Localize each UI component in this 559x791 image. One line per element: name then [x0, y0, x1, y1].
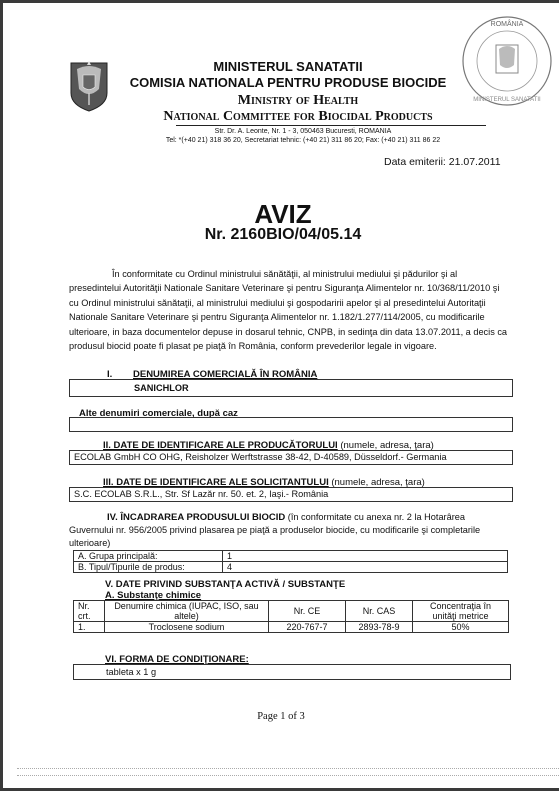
main-group-value: 1 [223, 551, 508, 562]
official-stamp-icon: ROMÂNIA MINISTERUL SANATATII [459, 13, 555, 109]
svg-text:MINISTERUL SANATATII: MINISTERUL SANATATII [473, 97, 541, 103]
table-header-row: Nr. crt. Denumire chimica (IUPAC, ISO, s… [74, 601, 509, 622]
section-4-note-3: ulterioare) [69, 537, 519, 550]
table-row: B. Tipul/Tipurile de produs: 4 [74, 562, 508, 573]
packaging-value: tableta x 1 g [74, 665, 510, 679]
product-type-value: 4 [223, 562, 508, 573]
biocid-classification-table: A. Grupa principală: 1 B. Tipul/Tipurile… [73, 550, 508, 573]
col-header-cas: Nr. CAS [346, 601, 413, 622]
col-header-nr: Nr. crt. [74, 601, 105, 622]
col-header-concentration: Concentraţia în unităţi metrice [413, 601, 509, 622]
col-header-chemical-name: Denumire chimica (IUPAC, ISO, sau altele… [105, 601, 269, 622]
section-4-note-2: Guvernului nr. 956/2005 privind plasarea… [69, 524, 519, 537]
table-row: 1. Troclosene sodium 220-767-7 2893-78-9… [74, 622, 509, 633]
applicant-value: S.C. ECOLAB S.R.L., Str. Sf Lazăr nr. 50… [70, 488, 512, 500]
cell-concentration: 50% [413, 622, 509, 633]
issue-date: Data emiterii: 21.07.2011 [384, 156, 501, 168]
producer-value: ECOLAB GmbH CO OHG, Reisholzer Werftstra… [70, 451, 512, 463]
header-address: Str. Dr. A. Leonte, Nr. 1 - 3, 050463 Bu… [113, 127, 493, 145]
main-group-label: A. Grupa principală: [74, 551, 223, 562]
document-page: MINISTERUL SANATATII COMISIA NATIONALA P… [3, 3, 559, 788]
col-header-ce: Nr. CE [269, 601, 346, 622]
page-number: Page 1 of 3 [3, 711, 559, 722]
commission-name-en: National Committee for Biocidal Products [113, 108, 483, 125]
cell-ce: 220-767-7 [269, 622, 346, 633]
applicant-box: S.C. ECOLAB S.R.L., Str. Sf Lazăr nr. 50… [69, 487, 513, 502]
intro-paragraph: În conformitate cu Ordinul ministrului s… [69, 267, 509, 353]
producer-box: ECOLAB GmbH CO OHG, Reisholzer Werftstra… [69, 450, 513, 465]
address-line: Str. Dr. A. Leonte, Nr. 1 - 3, 050463 Bu… [113, 127, 493, 136]
section-4-note-1: (în conformitate cu anexa nr. 2 la Hotar… [285, 512, 465, 522]
trade-name-box: SANICHLOR [69, 379, 513, 397]
cell-nr: 1. [74, 622, 105, 633]
cell-cas: 2893-78-9 [346, 622, 413, 633]
footer-dotted-line [17, 775, 559, 776]
table-row: A. Grupa principală: 1 [74, 551, 508, 562]
trade-name-value: SANICHLOR [70, 380, 512, 396]
commission-name-ro: COMISIA NATIONALA PENTRU PRODUSE BIOCIDE [103, 75, 473, 91]
header-divider [176, 125, 486, 126]
product-type-label: B. Tipul/Tipurile de produs: [74, 562, 223, 573]
document-number: Nr. 2160BIO/04/05.14 [153, 225, 413, 245]
ministry-name-en: Ministry of Health [113, 92, 483, 109]
section-4-title: IV. ÎNCADRAREA PRODUSULUI BIOCID [107, 512, 285, 523]
footer-dotted-line [17, 768, 559, 769]
cell-chemical-name: Troclosene sodium [105, 622, 269, 633]
other-names-box [69, 417, 513, 432]
active-substances-table: Nr. crt. Denumire chimica (IUPAC, ISO, s… [73, 600, 509, 633]
section-4-heading: IV. ÎNCADRAREA PRODUSULUI BIOCID (în con… [69, 511, 519, 550]
ministry-name-ro: MINISTERUL SANATATII [103, 59, 473, 75]
packaging-box: tableta x 1 g [73, 664, 511, 680]
section-5-title: V. DATE PRIVIND SUBSTANŢA ACTIVĂ / SUBST… [105, 579, 345, 590]
contacts-line: Tel: *(+40 21) 318 36 20, Secretariat te… [113, 136, 493, 145]
svg-text:ROMÂNIA: ROMÂNIA [491, 19, 524, 28]
